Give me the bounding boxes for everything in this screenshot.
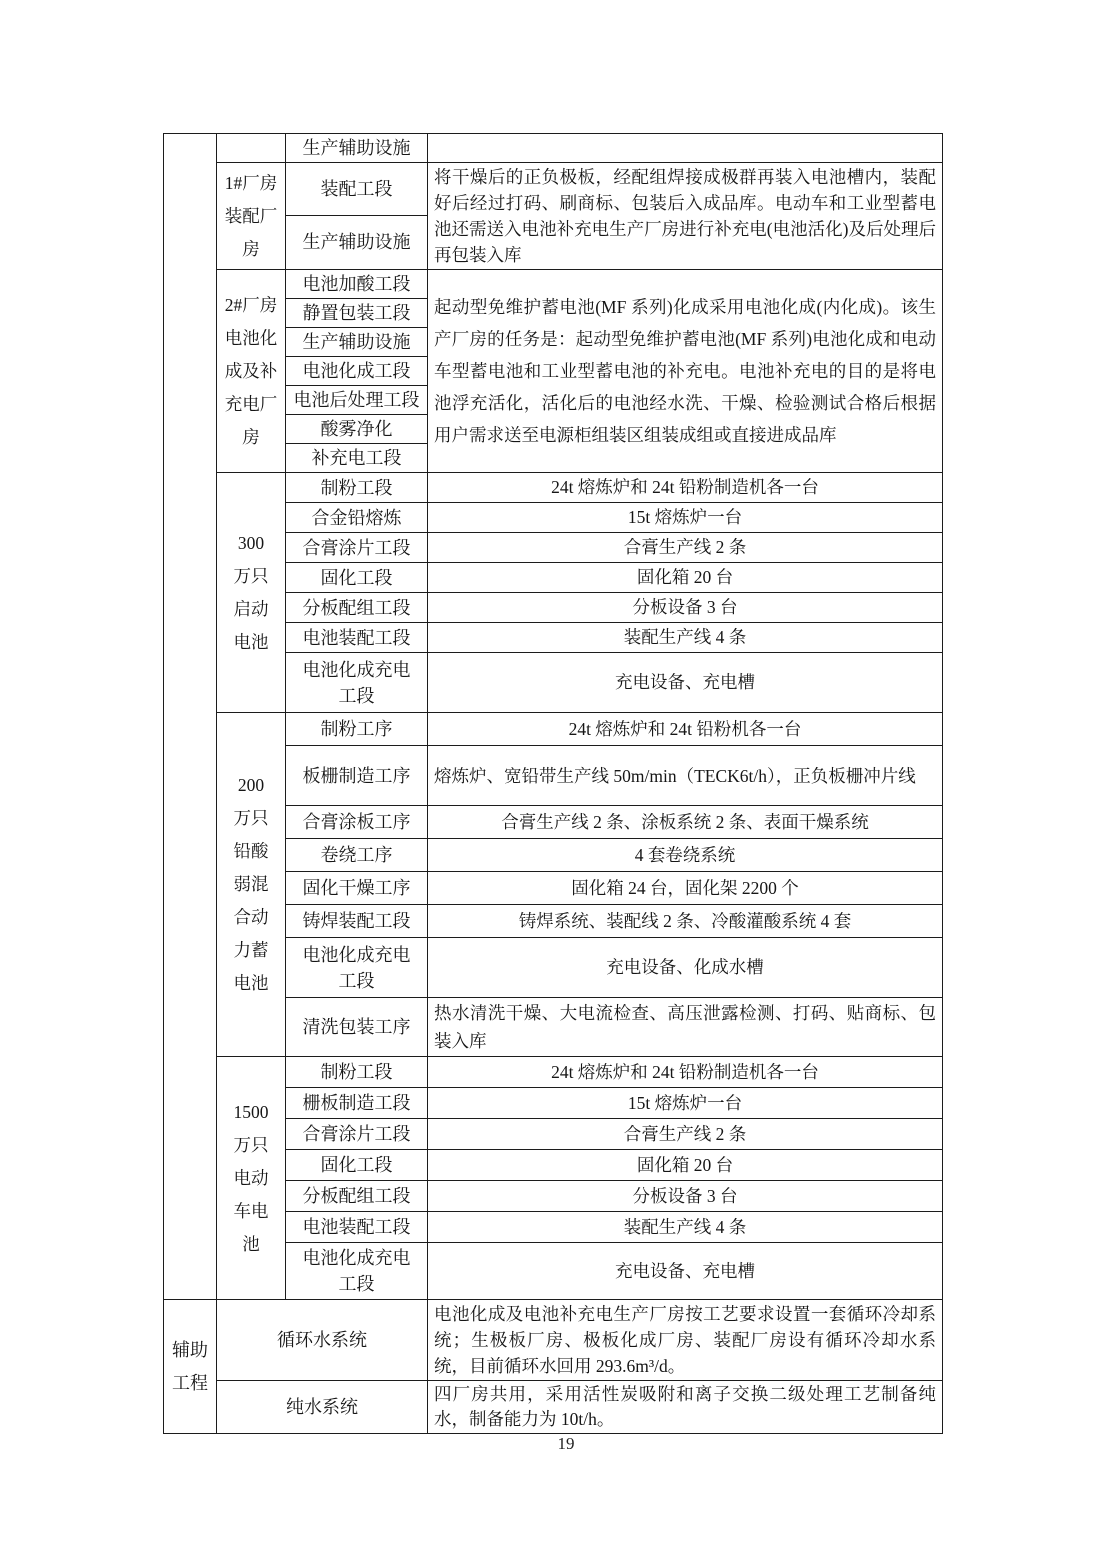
table-row: 300 万只 启动 电池 制粉工段 24t 熔炼炉和 24t 铅粉制造机各一台 (164, 473, 943, 503)
aux-system-label-cell: 纯水系统 (217, 1381, 428, 1434)
process-label-cell: 生产辅助设施 (286, 215, 428, 269)
workshop-description-cell: 起动型免维护蓄电池(MF 系列)化成采用电池化成(内化成)。该生产厂房的任务是：… (428, 270, 943, 473)
equipment-cell: 4 套卷绕系统 (428, 839, 943, 872)
aux-project-label: 辅助 工程 (164, 1300, 217, 1434)
process-label-cell: 电池化成充电 工段 (286, 938, 428, 998)
process-label-cell: 合金铅熔炼 (286, 503, 428, 533)
equipment-cell: 合膏生产线 2 条 (428, 1119, 943, 1150)
table-row: 辅助 工程 循环水系统 电池化成及电池补充电生产厂房按工艺要求设置一套循环冷却系… (164, 1300, 943, 1381)
process-label-cell: 电池化成工段 (286, 357, 428, 386)
process-label-cell: 固化工段 (286, 563, 428, 593)
equipment-cell: 分板设备 3 台 (428, 593, 943, 623)
document-page: 生产辅助设施 1#厂房 装配厂 房 装配工段 将干燥后的正负极板，经配组焊接成极… (0, 0, 1102, 1559)
process-label-cell: 电池装配工段 (286, 623, 428, 653)
table-row: 200 万只 铅酸 弱混 合动 力蓄 电池 制粉工序 24t 熔炼炉和 24t … (164, 713, 943, 746)
process-label-cell: 合膏涂片工段 (286, 533, 428, 563)
equipment-cell: 铸焊系统、装配线 2 条、冷酸灌酸系统 4 套 (428, 905, 943, 938)
equipment-cell: 充电设备、化成水槽 (428, 938, 943, 998)
equipment-cell: 充电设备、充电槽 (428, 653, 943, 713)
facility-table: 生产辅助设施 1#厂房 装配厂 房 装配工段 将干燥后的正负极板，经配组焊接成极… (163, 133, 943, 1434)
equipment-cell: 15t 熔炼炉一台 (428, 503, 943, 533)
aux-system-desc-cell: 电池化成及电池补充电生产厂房按工艺要求设置一套循环冷却系统；生极板厂房、极板化成… (428, 1300, 943, 1381)
table-row: 1500 万只 电动 车电 池 制粉工段 24t 熔炼炉和 24t 铅粉制造机各… (164, 1057, 943, 1088)
equipment-cell: 分板设备 3 台 (428, 1181, 943, 1212)
process-label-cell: 电池装配工段 (286, 1212, 428, 1243)
equipment-cell: 固化箱 24 台，固化架 2200 个 (428, 872, 943, 905)
process-label-cell: 生产辅助设施 (286, 134, 428, 163)
process-label-cell: 卷绕工序 (286, 839, 428, 872)
product-group-label: 300 万只 启动 电池 (217, 473, 286, 713)
process-label-cell: 补充电工段 (286, 444, 428, 473)
equipment-cell: 15t 熔炼炉一台 (428, 1088, 943, 1119)
equipment-cell: 24t 熔炼炉和 24t 铅粉机各一台 (428, 713, 943, 746)
empty-cell (428, 134, 943, 163)
process-label-cell: 制粉工序 (286, 713, 428, 746)
equipment-cell: 热水清洗干燥、大电流检查、高压泄露检测、打码、贴商标、包装入库 (428, 998, 943, 1057)
process-label-cell: 酸雾净化 (286, 415, 428, 444)
equipment-cell: 固化箱 20 台 (428, 1150, 943, 1181)
process-label-cell: 固化干燥工序 (286, 872, 428, 905)
process-label-cell: 分板配组工段 (286, 1181, 428, 1212)
equipment-cell: 装配生产线 4 条 (428, 1212, 943, 1243)
process-label-cell: 固化工段 (286, 1150, 428, 1181)
table-row: 生产辅助设施 (164, 134, 943, 163)
equipment-cell: 熔炼炉、宽铅带生产线 50m/min（TECK6t/h），正负板栅冲片线 (428, 746, 943, 806)
workshop-group-label: 2#厂房 电池化 成及补 充电厂 房 (217, 270, 286, 473)
process-label-cell: 铸焊装配工段 (286, 905, 428, 938)
process-label-cell: 合膏涂板工序 (286, 806, 428, 839)
process-label-cell: 制粉工段 (286, 1057, 428, 1088)
process-label-cell: 电池化成充电 工段 (286, 653, 428, 713)
process-label-cell: 板栅制造工序 (286, 746, 428, 806)
process-label-cell: 合膏涂片工段 (286, 1119, 428, 1150)
process-label-cell: 电池化成充电 工段 (286, 1243, 428, 1300)
equipment-cell: 充电设备、充电槽 (428, 1243, 943, 1300)
empty-cell (217, 134, 286, 163)
process-label-cell: 生产辅助设施 (286, 328, 428, 357)
aux-system-desc-cell: 四厂房共用，采用活性炭吸附和离子交换二级处理工艺制备纯水，制备能力为 10t/h… (428, 1381, 943, 1434)
equipment-cell: 24t 熔炼炉和 24t 铅粉制造机各一台 (428, 473, 943, 503)
aux-system-label-cell: 循环水系统 (217, 1300, 428, 1381)
process-label-cell: 分板配组工段 (286, 593, 428, 623)
process-label-cell: 电池加酸工段 (286, 270, 428, 299)
product-group-label: 200 万只 铅酸 弱混 合动 力蓄 电池 (217, 713, 286, 1057)
table-row: 纯水系统 四厂房共用，采用活性炭吸附和离子交换二级处理工艺制备纯水，制备能力为 … (164, 1381, 943, 1434)
product-group-label: 1500 万只 电动 车电 池 (217, 1057, 286, 1300)
equipment-cell: 合膏生产线 2 条、涂板系统 2 条、表面干燥系统 (428, 806, 943, 839)
process-label-cell: 电池后处理工段 (286, 386, 428, 415)
equipment-cell: 装配生产线 4 条 (428, 623, 943, 653)
equipment-cell: 合膏生产线 2 条 (428, 533, 943, 563)
process-label-cell: 装配工段 (286, 163, 428, 216)
workshop-group-label: 1#厂房 装配厂 房 (217, 163, 286, 270)
workshop-description-cell: 将干燥后的正负极板，经配组焊接成极群再装入电池槽内，装配好后经过打码、刷商标、包… (428, 163, 943, 270)
equipment-cell: 固化箱 20 台 (428, 563, 943, 593)
process-label-cell: 静置包装工段 (286, 299, 428, 328)
process-label-cell: 栅板制造工段 (286, 1088, 428, 1119)
table-row: 1#厂房 装配厂 房 装配工段 将干燥后的正负极板，经配组焊接成极群再装入电池槽… (164, 163, 943, 216)
equipment-cell: 24t 熔炼炉和 24t 铅粉制造机各一台 (428, 1057, 943, 1088)
process-label-cell: 制粉工段 (286, 473, 428, 503)
process-label-cell: 清洗包装工序 (286, 998, 428, 1057)
page-number: 19 (0, 1434, 1102, 1454)
main-project-column-cell (164, 134, 217, 1300)
table-row: 2#厂房 电池化 成及补 充电厂 房 电池加酸工段 起动型免维护蓄电池(MF 系… (164, 270, 943, 299)
